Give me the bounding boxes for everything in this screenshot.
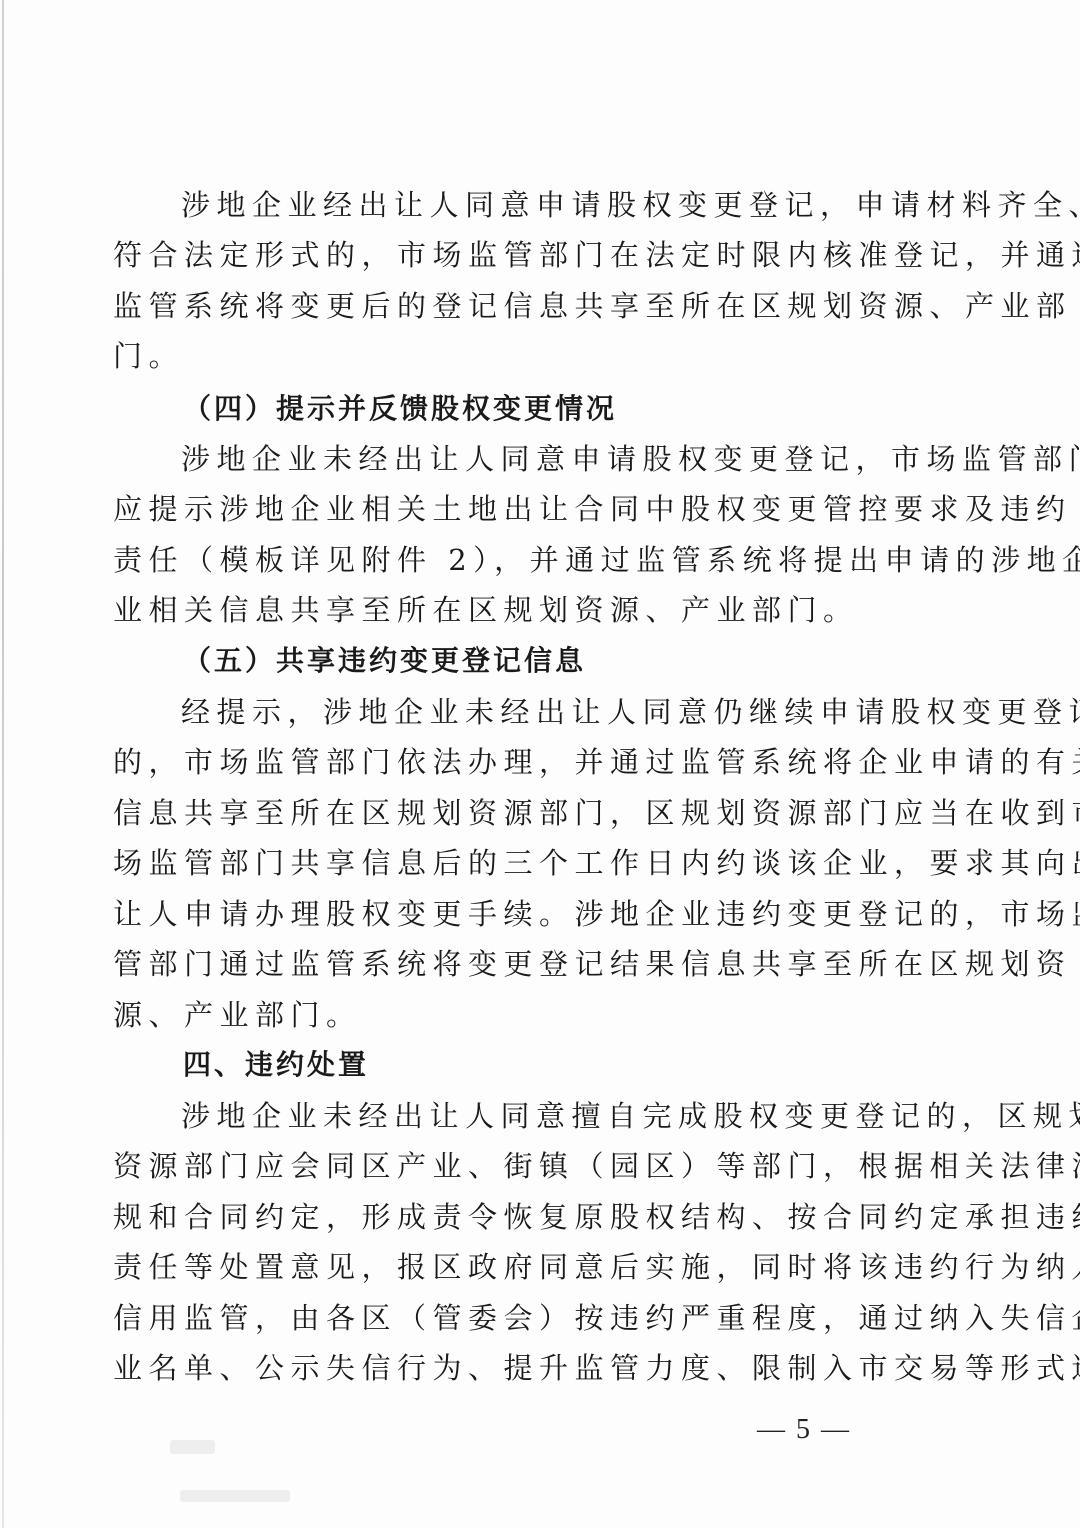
paragraph-line: 信用监管，由各区（管委会）按违约严重程度，通过纳入失信企 — [113, 1298, 925, 1338]
paragraph-line: 涉地企业未经出让人同意申请股权变更登记，市场监管部门 — [181, 439, 925, 479]
paragraph-line: 应提示涉地企业相关土地出让合同中股权变更管控要求及违约 — [113, 489, 925, 529]
scan-smudge — [170, 1440, 215, 1454]
paragraph-line: 门。 — [113, 336, 925, 376]
paragraph-line: 让人申请办理股权变更手续。涉地企业违约变更登记的，市场监 — [113, 894, 925, 934]
paragraph-line: 监管系统将变更后的登记信息共享至所在区规划资源、产业部 — [113, 286, 925, 326]
document-page: 涉地企业经出让人同意申请股权变更登记，申请材料齐全、 符合法定形式的，市场监管部… — [0, 0, 1080, 1528]
paragraph-line: 场监管部门共享信息后的三个工作日内约谈该企业，要求其向出 — [113, 843, 925, 883]
paragraph-line: 涉地企业经出让人同意申请股权变更登记，申请材料齐全、 — [181, 185, 925, 225]
paragraph-line: 责任（模板详见附件 2），并通过监管系统将提出申请的涉地企 — [113, 540, 925, 580]
section-heading: （四）提示并反馈股权变更情况 — [183, 389, 617, 429]
section-heading: 四、违约处置 — [183, 1045, 369, 1085]
paragraph-line: 业相关信息共享至所在区规划资源、产业部门。 — [113, 590, 925, 630]
paragraph-line: 资源部门应会同区产业、街镇（园区）等部门，根据相关法律法 — [113, 1146, 925, 1186]
paragraph-line: 符合法定形式的，市场监管部门在法定时限内核准登记，并通过 — [113, 235, 925, 275]
scan-smudge — [180, 1490, 290, 1502]
paragraph-line: 信息共享至所在区规划资源部门，区规划资源部门应当在收到市 — [113, 793, 925, 833]
paragraph-line: 管部门通过监管系统将变更登记结果信息共享至所在区规划资 — [113, 944, 925, 984]
paragraph-line: 业名单、公示失信行为、提升监管力度、限制入市交易等形式进 — [113, 1348, 925, 1388]
paragraph-line: 经提示，涉地企业未经出让人同意仍继续申请股权变更登记 — [181, 692, 925, 732]
page-number: — 5 — — [757, 1412, 851, 1448]
paragraph-line: 涉地企业未经出让人同意擅自完成股权变更登记的，区规划 — [181, 1096, 925, 1136]
paragraph-line: 责任等处置意见，报区政府同意后实施，同时将该违约行为纳入 — [113, 1247, 925, 1287]
paragraph-line: 源、产业部门。 — [113, 995, 925, 1035]
paragraph-line: 的，市场监管部门依法办理，并通过监管系统将企业申请的有关 — [113, 742, 925, 782]
paragraph-line: 规和合同约定，形成责令恢复原股权结构、按合同约定承担违约 — [113, 1197, 925, 1237]
section-heading: （五）共享违约变更登记信息 — [183, 641, 586, 681]
